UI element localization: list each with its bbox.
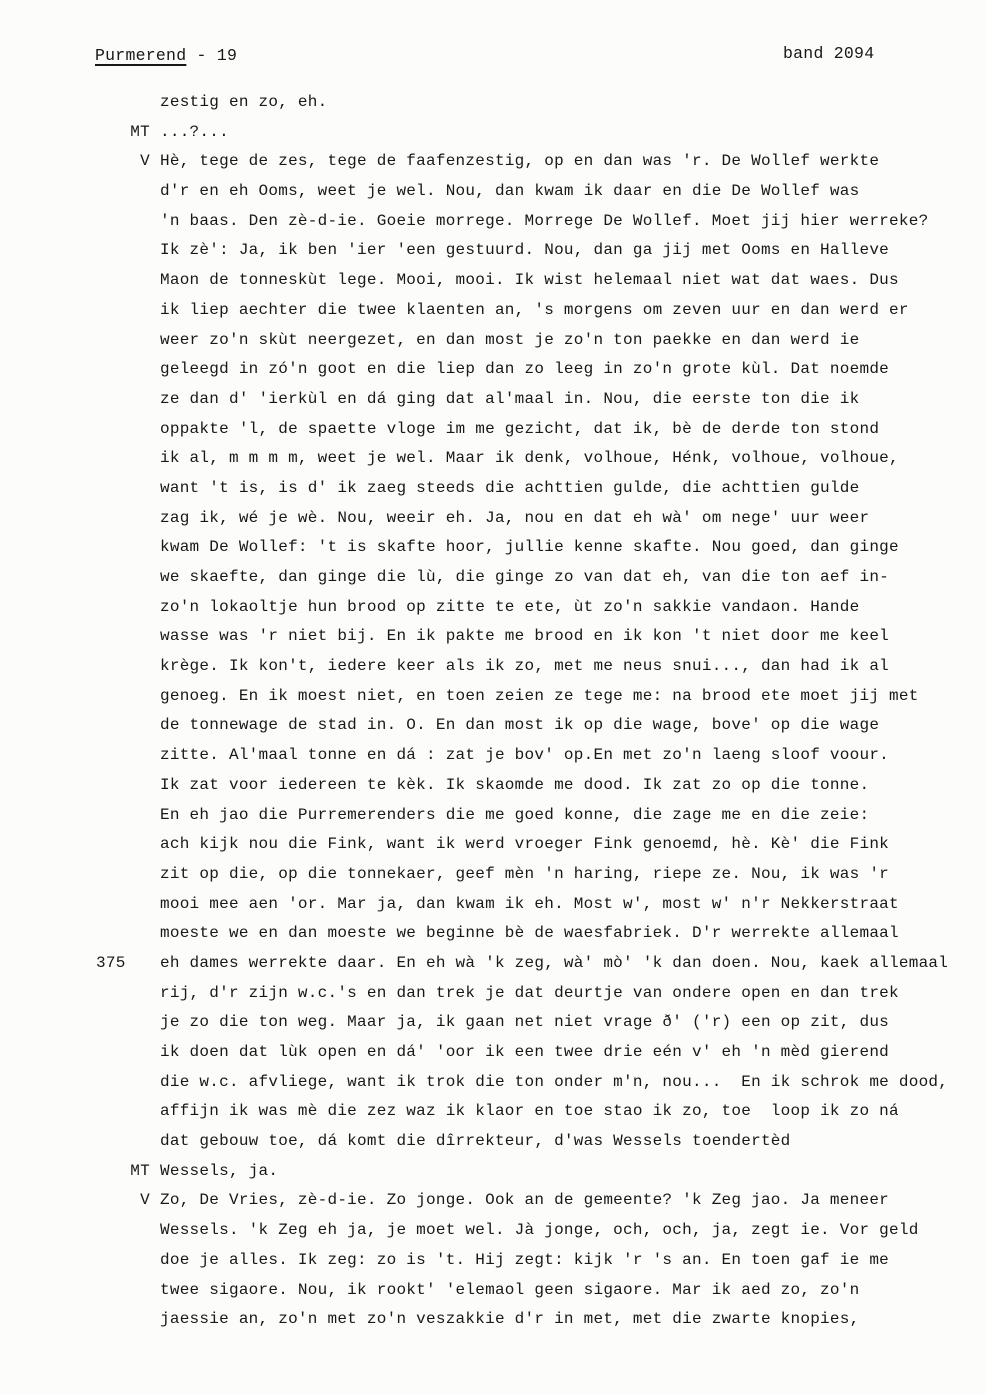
page-number: - 19 bbox=[186, 46, 237, 65]
transcript-line: zo'n lokaoltje hun brood op zitte te ete… bbox=[0, 593, 986, 623]
line-text: wasse was 'r niet bij. En ik pakte me br… bbox=[160, 627, 889, 645]
transcript-line: moeste we en dan moeste we beginne bè de… bbox=[0, 919, 986, 949]
line-text: Zo, De Vries, zè-d-ie. Zo jonge. Ook an … bbox=[160, 1191, 889, 1209]
margin-line-number: 375 bbox=[96, 949, 126, 979]
line-text: zit op die, op die tonnekaer, geef mèn '… bbox=[160, 865, 889, 883]
page-title: Purmerend bbox=[95, 46, 186, 65]
transcript-line: affijn ik was mè die zez waz ik klaor en… bbox=[0, 1097, 986, 1127]
transcript-line: Ik zat voor iedereen te kèk. Ik skaomde … bbox=[0, 771, 986, 801]
line-text: affijn ik was mè die zez waz ik klaor en… bbox=[160, 1102, 899, 1120]
transcript-line: twee sigaore. Nou, ik rookt' 'elemaol ge… bbox=[0, 1276, 986, 1306]
line-text: zitte. Al'maal tonne en dá : zat je bov'… bbox=[160, 746, 889, 764]
line-text: je zo die ton weg. Maar ja, ik gaan net … bbox=[160, 1013, 889, 1031]
transcript-line: ik liep aechter die twee klaenten an, 's… bbox=[0, 296, 986, 326]
transcript-line: doe je alles. Ik zeg: zo is 't. Hij zegt… bbox=[0, 1246, 986, 1276]
transcript-line: d'r en eh Ooms, weet je wel. Nou, dan kw… bbox=[0, 177, 986, 207]
line-text: Wessels. 'k Zeg eh ja, je moet wel. Jà j… bbox=[160, 1221, 919, 1239]
speaker-label: MT bbox=[0, 118, 150, 148]
transcript-line: zestig en zo, eh. bbox=[0, 88, 986, 118]
line-text: ik liep aechter die twee klaenten an, 's… bbox=[160, 301, 909, 319]
transcript-line: ik al, m m m m, weet je wel. Maar ik den… bbox=[0, 444, 986, 474]
line-text: Ik zè': Ja, ik ben 'ier 'een gestuurd. N… bbox=[160, 241, 889, 259]
transcript-line: dat gebouw toe, dá komt die dîrrekteur, … bbox=[0, 1127, 986, 1157]
line-text: geleegd in zó'n goot en die liep dan zo … bbox=[160, 360, 889, 378]
line-text: we skaefte, dan ginge die lù, die ginge … bbox=[160, 568, 889, 586]
transcript-line: zitte. Al'maal tonne en dá : zat je bov'… bbox=[0, 741, 986, 771]
transcript-line: Ik zè': Ja, ik ben 'ier 'een gestuurd. N… bbox=[0, 236, 986, 266]
transcript-line: je zo die ton weg. Maar ja, ik gaan net … bbox=[0, 1008, 986, 1038]
line-text: ik doen dat lùk open en dá' 'oor ik een … bbox=[160, 1043, 889, 1061]
transcript-line: wasse was 'r niet bij. En ik pakte me br… bbox=[0, 622, 986, 652]
line-text: Ik zat voor iedereen te kèk. Ik skaomde … bbox=[160, 776, 869, 794]
band-number: band 2094 bbox=[783, 44, 874, 63]
transcript-line: oppakte 'l, de spaette vloge im me gezic… bbox=[0, 415, 986, 445]
line-text: ze dan d' 'ierkùl en dá ging dat al'maal… bbox=[160, 390, 859, 408]
transcript-line: rij, d'r zijn w.c.'s en dan trek je dat … bbox=[0, 979, 986, 1009]
transcript-line: En eh jao die Purremerenders die me goed… bbox=[0, 801, 986, 831]
line-text: eh dames werrekte daar. En eh wà 'k zeg,… bbox=[160, 954, 948, 972]
transcript-line: 'n baas. Den zè-d-ie. Goeie morrege. Mor… bbox=[0, 207, 986, 237]
line-text: 'n baas. Den zè-d-ie. Goeie morrege. Mor… bbox=[160, 212, 928, 230]
transcript-line: geleegd in zó'n goot en die liep dan zo … bbox=[0, 355, 986, 385]
line-text: ik al, m m m m, weet je wel. Maar ik den… bbox=[160, 449, 899, 467]
line-text: die w.c. afvliege, want ik trok die ton … bbox=[160, 1073, 948, 1091]
line-text: doe je alles. Ik zeg: zo is 't. Hij zegt… bbox=[160, 1251, 889, 1269]
speaker-label: V bbox=[0, 1186, 150, 1216]
line-text: rij, d'r zijn w.c.'s en dan trek je dat … bbox=[160, 984, 899, 1002]
page-header-left: Purmerend - 19 bbox=[95, 46, 237, 65]
transcript-line: MT...?... bbox=[0, 118, 986, 148]
speaker-label: MT bbox=[0, 1157, 150, 1187]
transcript-line: VHè, tege de zes, tege de faafenzestig, … bbox=[0, 147, 986, 177]
line-text: Maon de tonneskùt lege. Mooi, mooi. Ik w… bbox=[160, 271, 899, 289]
line-text: genoeg. En ik moest niet, en toen zeien … bbox=[160, 687, 919, 705]
line-text: zag ik, wé je wè. Nou, weeir eh. Ja, nou… bbox=[160, 509, 869, 527]
transcript-line: zag ik, wé je wè. Nou, weeir eh. Ja, nou… bbox=[0, 504, 986, 534]
transcript-line: zit op die, op die tonnekaer, geef mèn '… bbox=[0, 860, 986, 890]
line-text: kwam De Wollef: 't is skafte hoor, julli… bbox=[160, 538, 899, 556]
line-text: mooi mee aen 'or. Mar ja, dan kwam ik eh… bbox=[160, 895, 899, 913]
line-text: En eh jao die Purremerenders die me goed… bbox=[160, 806, 869, 824]
line-text: moeste we en dan moeste we beginne bè de… bbox=[160, 924, 899, 942]
line-text: zestig en zo, eh. bbox=[160, 93, 327, 111]
transcript-line: ach kijk nou die Fink, want ik werd vroe… bbox=[0, 830, 986, 860]
transcript-line: de tonnewage de stad in. O. En dan most … bbox=[0, 711, 986, 741]
transcript-line: Wessels. 'k Zeg eh ja, je moet wel. Jà j… bbox=[0, 1216, 986, 1246]
transcript-line: jaessie an, zo'n met zo'n veszakkie d'r … bbox=[0, 1305, 986, 1335]
line-text: ...?... bbox=[160, 123, 229, 141]
line-text: weer zo'n skùt neergezet, en dan most je… bbox=[160, 331, 859, 349]
document-page: Purmerend - 19 band 2094 zestig en zo, e… bbox=[0, 0, 986, 1395]
transcript-line: kwam De Wollef: 't is skafte hoor, julli… bbox=[0, 533, 986, 563]
line-text: zo'n lokaoltje hun brood op zitte te ete… bbox=[160, 598, 859, 616]
transcript-line: ze dan d' 'ierkùl en dá ging dat al'maal… bbox=[0, 385, 986, 415]
transcript-line: genoeg. En ik moest niet, en toen zeien … bbox=[0, 682, 986, 712]
transcript-line: we skaefte, dan ginge die lù, die ginge … bbox=[0, 563, 986, 593]
line-text: jaessie an, zo'n met zo'n veszakkie d'r … bbox=[160, 1310, 859, 1328]
line-text: want 't is, is d' ik zaeg steeds die ach… bbox=[160, 479, 859, 497]
line-text: ach kijk nou die Fink, want ik werd vroe… bbox=[160, 835, 889, 853]
line-text: Hè, tege de zes, tege de faafenzestig, o… bbox=[160, 152, 879, 170]
transcript-line: krège. Ik kon't, iedere keer als ik zo, … bbox=[0, 652, 986, 682]
line-text: oppakte 'l, de spaette vloge im me gezic… bbox=[160, 420, 879, 438]
line-text: d'r en eh Ooms, weet je wel. Nou, dan kw… bbox=[160, 182, 859, 200]
transcript-body: zestig en zo, eh.MT...?...VHè, tege de z… bbox=[0, 88, 986, 1335]
transcript-line: want 't is, is d' ik zaeg steeds die ach… bbox=[0, 474, 986, 504]
speaker-label: V bbox=[0, 147, 150, 177]
transcript-line: weer zo'n skùt neergezet, en dan most je… bbox=[0, 326, 986, 356]
line-text: dat gebouw toe, dá komt die dîrrekteur, … bbox=[160, 1132, 791, 1150]
line-text: krège. Ik kon't, iedere keer als ik zo, … bbox=[160, 657, 889, 675]
line-text: twee sigaore. Nou, ik rookt' 'elemaol ge… bbox=[160, 1281, 859, 1299]
transcript-line: Maon de tonneskùt lege. Mooi, mooi. Ik w… bbox=[0, 266, 986, 296]
transcript-line: 375eh dames werrekte daar. En eh wà 'k z… bbox=[0, 949, 986, 979]
transcript-line: mooi mee aen 'or. Mar ja, dan kwam ik eh… bbox=[0, 890, 986, 920]
transcript-line: VZo, De Vries, zè-d-ie. Zo jonge. Ook an… bbox=[0, 1186, 986, 1216]
transcript-line: die w.c. afvliege, want ik trok die ton … bbox=[0, 1068, 986, 1098]
line-text: Wessels, ja. bbox=[160, 1162, 278, 1180]
transcript-line: MTWessels, ja. bbox=[0, 1157, 986, 1187]
line-text: de tonnewage de stad in. O. En dan most … bbox=[160, 716, 879, 734]
transcript-line: ik doen dat lùk open en dá' 'oor ik een … bbox=[0, 1038, 986, 1068]
